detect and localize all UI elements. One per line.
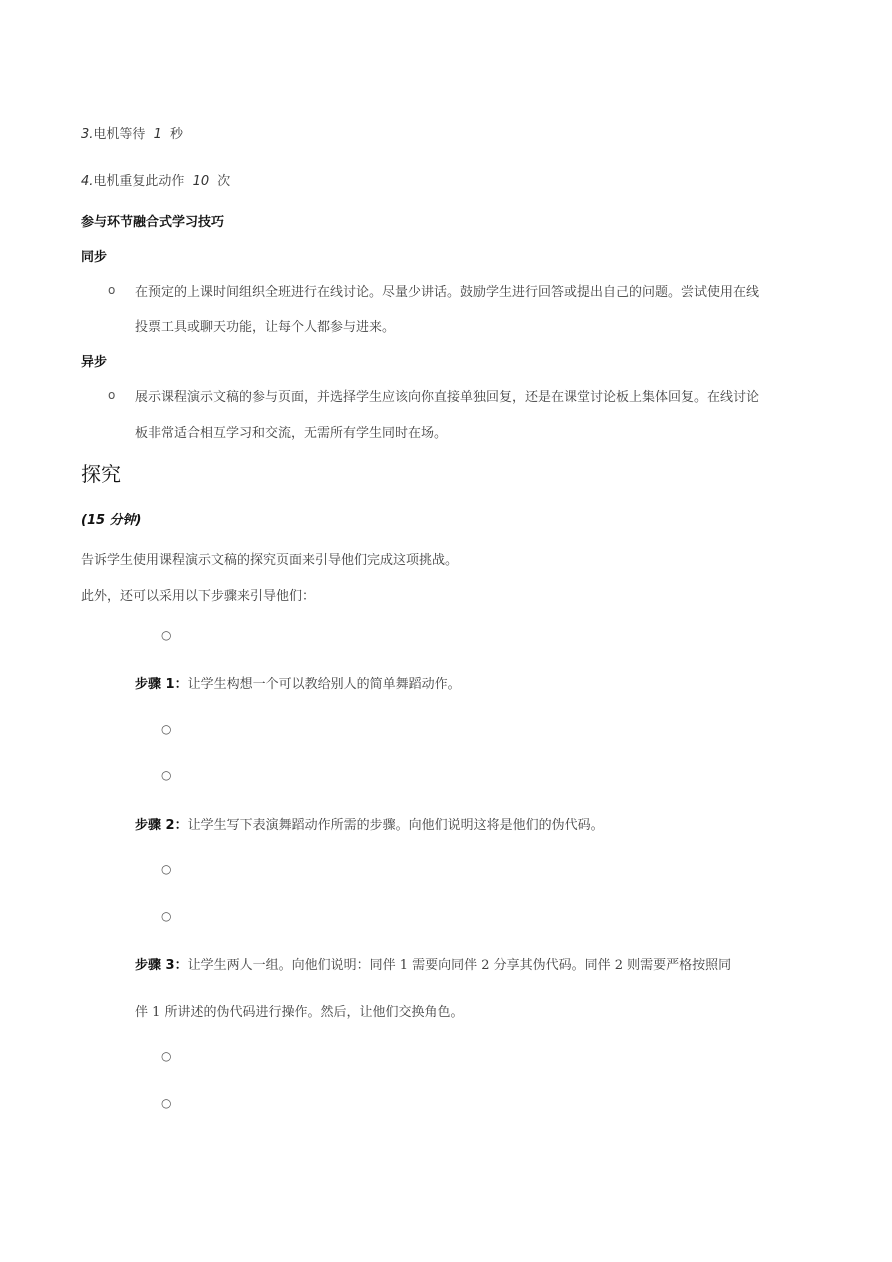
explore-duration: (15 分钟) <box>81 509 142 528</box>
step-text: 电机等待 <box>93 127 145 142</box>
explore-step-3-line2: 伴 1 所讲述的伪代码进行操作。然后，让他们交换角色。 <box>135 1001 464 1020</box>
step-label: 步骤 2： <box>135 818 188 833</box>
circle-bullet-icon: ○ <box>161 1096 171 1110</box>
step-number: 1 <box>154 127 162 142</box>
step-label: 步骤 1： <box>135 677 188 692</box>
step-text-line1: 让学生两人一组。向他们说明：同伴 1 需要向同伴 2 分享其伪代码。同伴 2 则… <box>188 958 732 973</box>
motor-step-3: 3.电机等待 1 秒 <box>81 123 183 142</box>
bullet-icon: o <box>108 283 115 297</box>
circle-bullet-icon: ○ <box>161 1049 171 1063</box>
explore-intro-1: 告诉学生使用课程演示文稿的探究页面来引导他们完成这项挑战。 <box>81 549 458 568</box>
async-text-line1: 展示课程演示文稿的参与页面，并选择学生应该向你直接单独回复，还是在课堂讨论板上集… <box>135 386 759 405</box>
step-text: 让学生构想一个可以教给别人的简单舞蹈动作。 <box>188 677 461 692</box>
explore-step-2: 步骤 2：让学生写下表演舞蹈动作所需的步骤。向他们说明这将是他们的伪代码。 <box>135 814 604 833</box>
motor-step-4: 4.电机重复此动作 10 次 <box>81 170 230 189</box>
circle-bullet-icon: ○ <box>161 909 171 923</box>
explore-step-3: 步骤 3：让学生两人一组。向他们说明：同伴 1 需要向同伴 2 分享其伪代码。同… <box>135 954 731 973</box>
sync-text-line1: 在预定的上课时间组织全班进行在线讨论。尽量少讲话。鼓励学生进行回答或提出自己的问… <box>135 281 759 300</box>
circle-bullet-icon: ○ <box>161 862 171 876</box>
circle-bullet-icon: ○ <box>161 768 171 782</box>
step-unit: 秒 <box>170 127 183 142</box>
step-number: 10 <box>193 174 210 189</box>
step-text: 让学生写下表演舞蹈动作所需的步骤。向他们说明这将是他们的伪代码。 <box>188 818 604 833</box>
async-text-line2: 板非常适合相互学习和交流，无需所有学生同时在场。 <box>135 422 447 441</box>
sync-label: 同步 <box>81 246 107 265</box>
step-text: 电机重复此动作 <box>93 174 184 189</box>
explore-heading: 探究 <box>81 458 121 487</box>
explore-step-1: 步骤 1：让学生构想一个可以教给别人的简单舞蹈动作。 <box>135 673 461 692</box>
circle-bullet-icon: ○ <box>161 722 171 736</box>
bullet-icon: o <box>108 388 115 402</box>
step-unit: 次 <box>217 174 230 189</box>
step-prefix: 3. <box>81 127 93 142</box>
sync-text-line2: 投票工具或聊天功能，让每个人都参与进来。 <box>135 316 395 335</box>
step-prefix: 4. <box>81 174 93 189</box>
circle-bullet-icon: ○ <box>161 628 171 642</box>
step-label: 步骤 3： <box>135 958 188 973</box>
engagement-title: 参与环节融合式学习技巧 <box>81 211 224 230</box>
async-label: 异步 <box>81 351 107 370</box>
explore-intro-2: 此外，还可以采用以下步骤来引导他们： <box>81 585 315 604</box>
